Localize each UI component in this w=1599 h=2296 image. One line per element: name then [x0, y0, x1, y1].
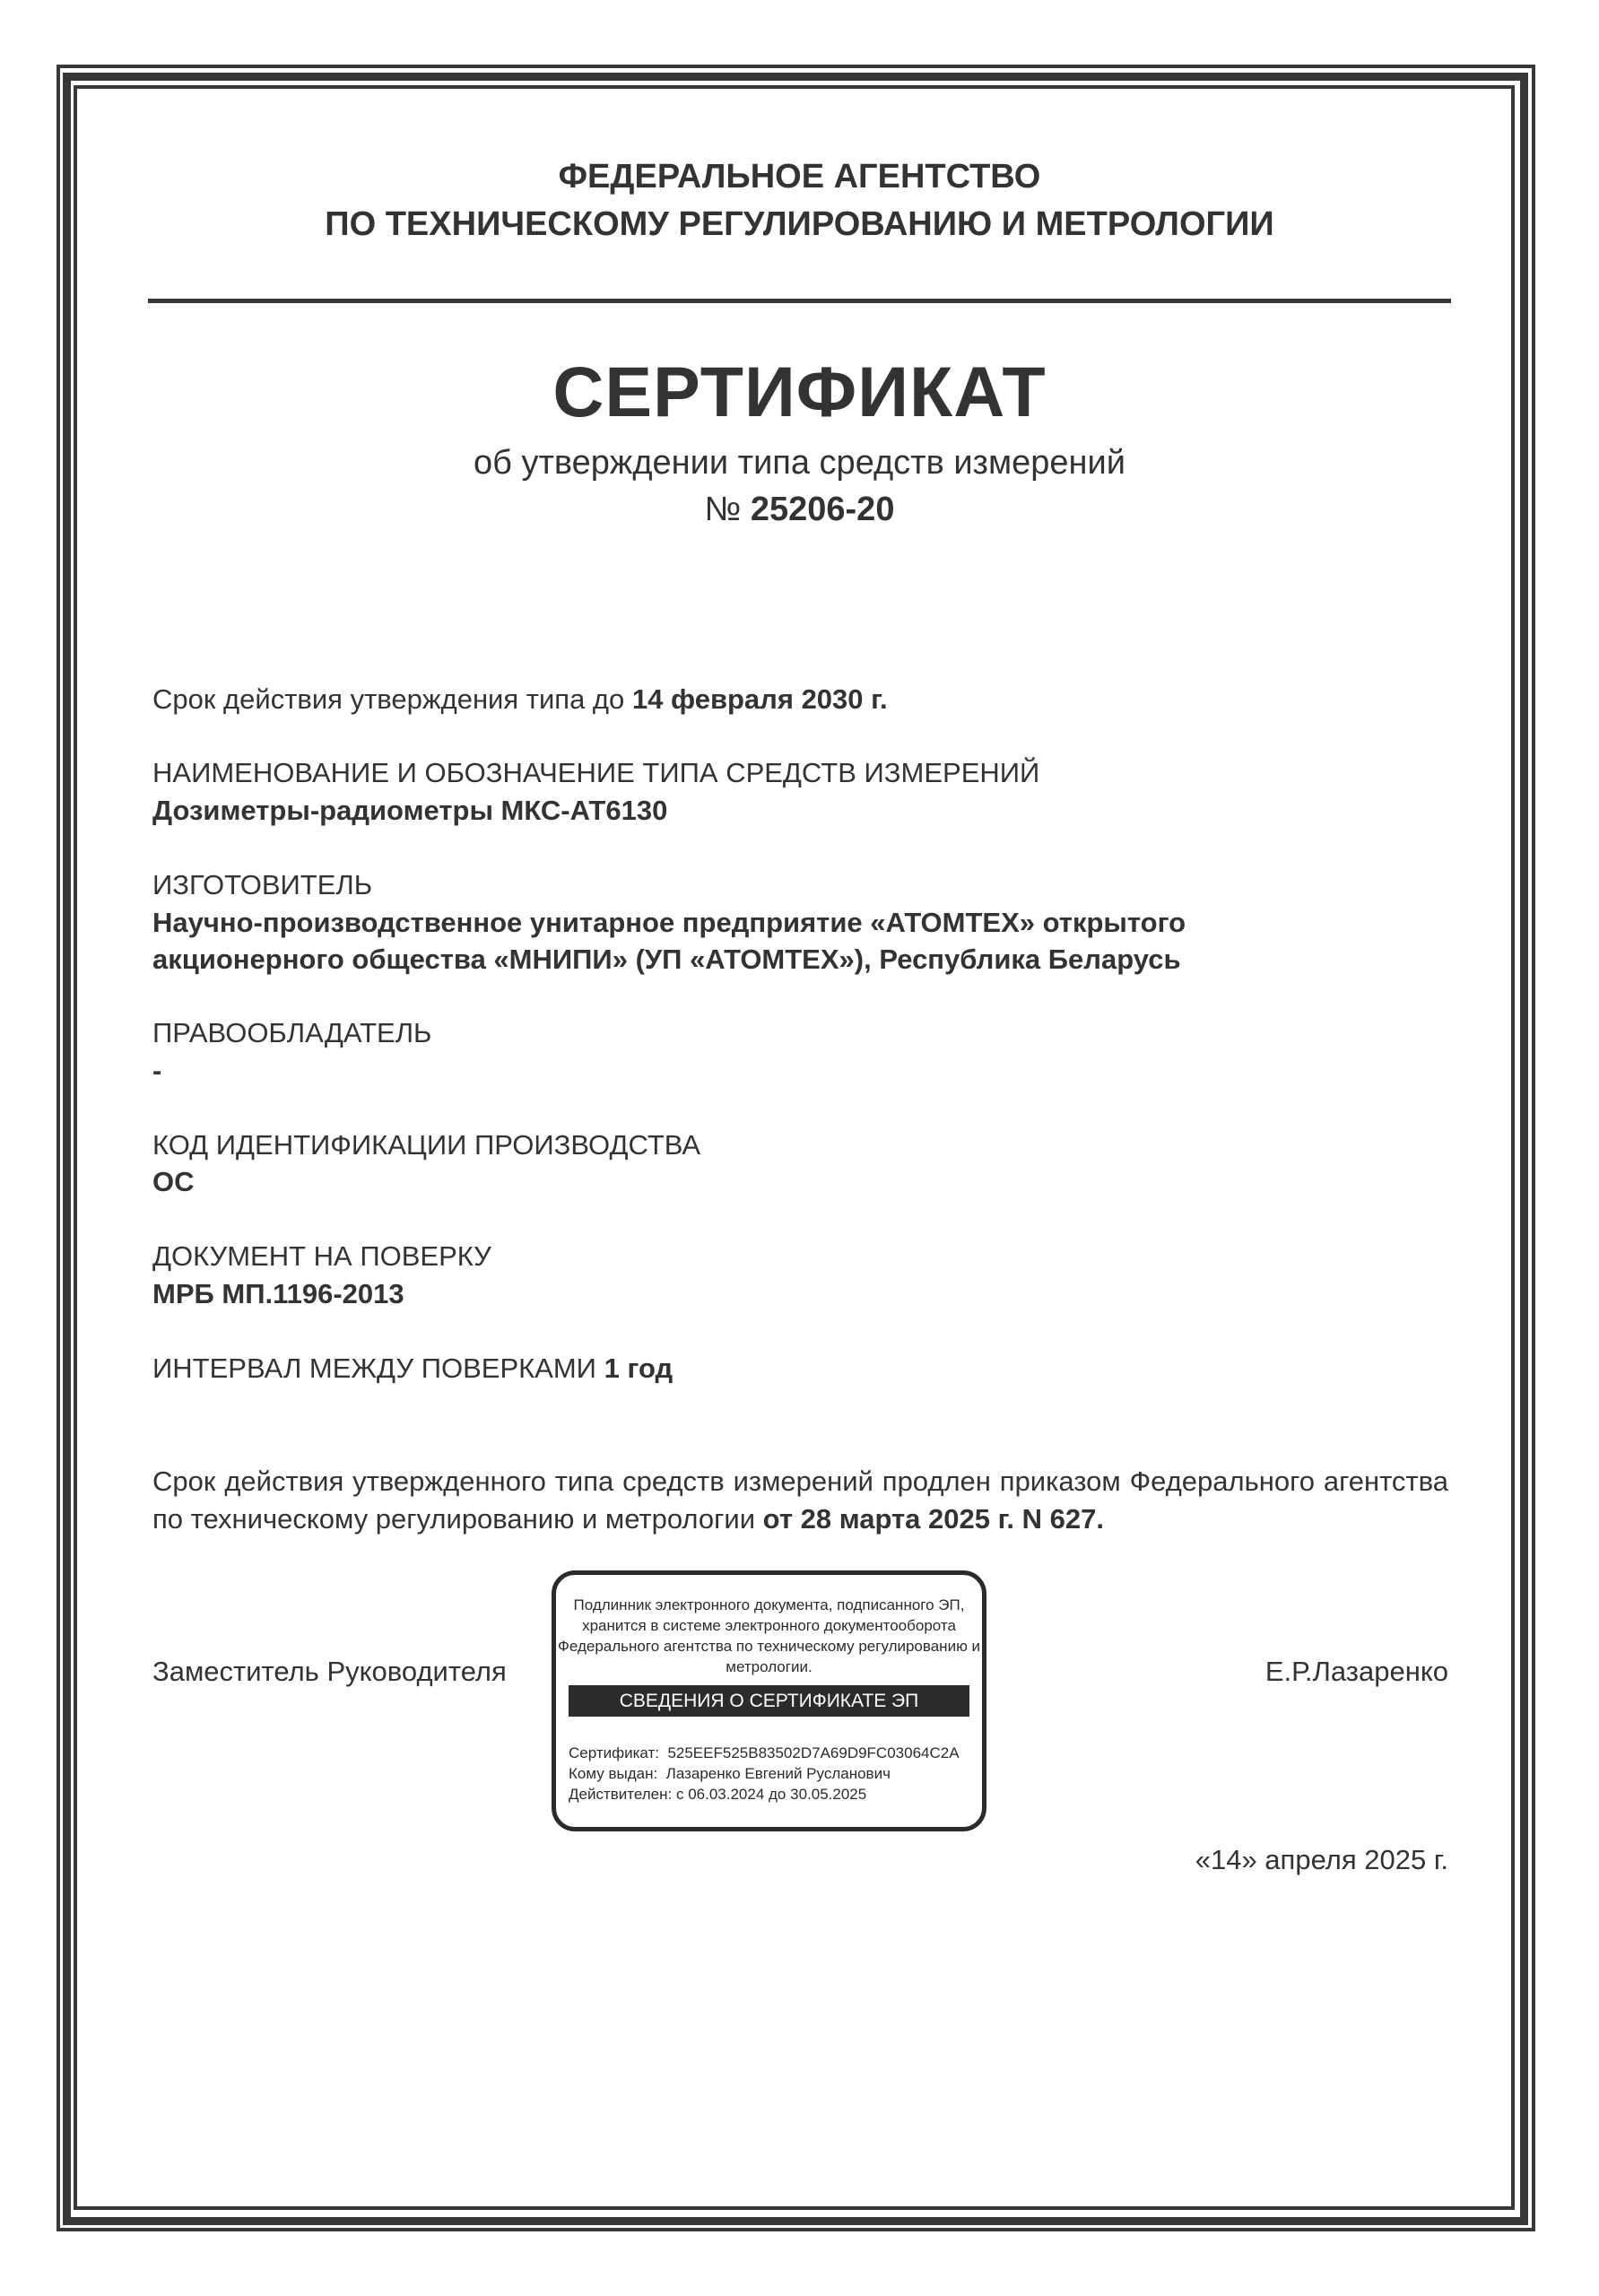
- validity-line: Срок действия утверждения типа до 14 фев…: [152, 683, 888, 717]
- field-label-verification-interval: ИНТЕРВАЛ МЕЖДУ ПОВЕРКАМИ: [152, 1352, 596, 1384]
- stamp-issued-row: Кому выдан: Лазаренко Евгений Русланович: [569, 1763, 960, 1784]
- field-value-manufacturer-line2: акционерного общества «МНИПИ» (УП «АТОМТ…: [152, 943, 1181, 977]
- field-label-verification-doc: ДОКУМЕНТ НА ПОВЕРКУ: [152, 1239, 491, 1274]
- stamp-issued-value: Лазаренко Евгений Русланович: [666, 1765, 891, 1782]
- stamp-cert-value: 525EEF525B83502D7A69D9FC03064C2A: [667, 1744, 959, 1761]
- extension-paragraph: Срок действия утвержденного типа средств…: [152, 1463, 1448, 1538]
- stamp-cert-row: Сертификат: 525EEF525B83502D7A69D9FC0306…: [569, 1743, 960, 1763]
- number-value: 25206-20: [751, 491, 895, 528]
- field-value-production-code: ОС: [152, 1165, 195, 1199]
- field-value-verification-doc: МРБ МП.1196-2013: [152, 1277, 404, 1311]
- stamp-note: Подлинник электронного документа, подпис…: [556, 1595, 982, 1677]
- field-value-verification-interval: 1 год: [604, 1352, 673, 1384]
- stamp-details: Сертификат: 525EEF525B83502D7A69D9FC0306…: [569, 1743, 960, 1805]
- signatory-position: Заместитель Руководителя: [152, 1655, 507, 1689]
- number-prefix: №: [705, 491, 742, 528]
- stamp-title-bar: СВЕДЕНИЯ О СЕРТИФИКАТЕ ЭП: [569, 1685, 969, 1717]
- electronic-signature-stamp: Подлинник электронного документа, подпис…: [552, 1570, 986, 1831]
- certificate-number: № 25206-20: [0, 490, 1599, 529]
- header-divider: [148, 299, 1451, 303]
- agency-name-line2: ПО ТЕХНИЧЕСКОМУ РЕГУЛИРОВАНИЮ И МЕТРОЛОГ…: [0, 204, 1599, 244]
- field-value-type-name: Дозиметры-радиометры МКС-АТ6130: [152, 794, 667, 828]
- agency-name-line1: ФЕДЕРАЛЬНОЕ АГЕНТСТВО: [0, 157, 1599, 196]
- field-label-type-name: НАИМЕНОВАНИЕ И ОБОЗНАЧЕНИЕ ТИПА СРЕДСТВ …: [152, 756, 1039, 790]
- stamp-valid-value: с 06.03.2024 до 30.05.2025: [676, 1786, 866, 1803]
- extension-order: от 28 марта 2025 г. N 627.: [763, 1503, 1104, 1535]
- field-value-rights-holder: -: [152, 1054, 161, 1088]
- signature-date: «14» апреля 2025 г.: [1076, 1843, 1448, 1877]
- stamp-note-line: Федерального агентства по техническому р…: [556, 1636, 982, 1657]
- stamp-cert-label: Сертификат:: [569, 1744, 659, 1761]
- document-title: СЕРТИФИКАТ: [0, 352, 1599, 432]
- validity-label: Срок действия утверждения типа до: [152, 683, 624, 715]
- document-subtitle: об утверждении типа средств измерений: [0, 443, 1599, 483]
- stamp-valid-label: Действителен:: [569, 1786, 672, 1803]
- stamp-note-line: Подлинник электронного документа, подпис…: [556, 1595, 982, 1615]
- field-label-production-code: КОД ИДЕНТИФИКАЦИИ ПРОИЗВОДСТВА: [152, 1128, 700, 1162]
- field-label-manufacturer: ИЗГОТОВИТЕЛЬ: [152, 868, 372, 902]
- field-value-manufacturer-line1: Научно-производственное унитарное предпр…: [152, 906, 1186, 940]
- field-label-rights-holder: ПРАВООБЛАДАТЕЛЬ: [152, 1016, 431, 1050]
- stamp-valid-row: Действителен: с 06.03.2024 до 30.05.2025: [569, 1784, 960, 1805]
- stamp-note-line: метрологии.: [556, 1657, 982, 1677]
- stamp-note-line: хранится в системе электронного документ…: [556, 1615, 982, 1636]
- stamp-issued-label: Кому выдан:: [569, 1765, 657, 1782]
- validity-date: 14 февраля 2030 г.: [632, 683, 888, 715]
- verification-interval-line: ИНТЕРВАЛ МЕЖДУ ПОВЕРКАМИ 1 год: [152, 1352, 673, 1386]
- signatory-name: Е.Р.Лазаренко: [1220, 1655, 1448, 1689]
